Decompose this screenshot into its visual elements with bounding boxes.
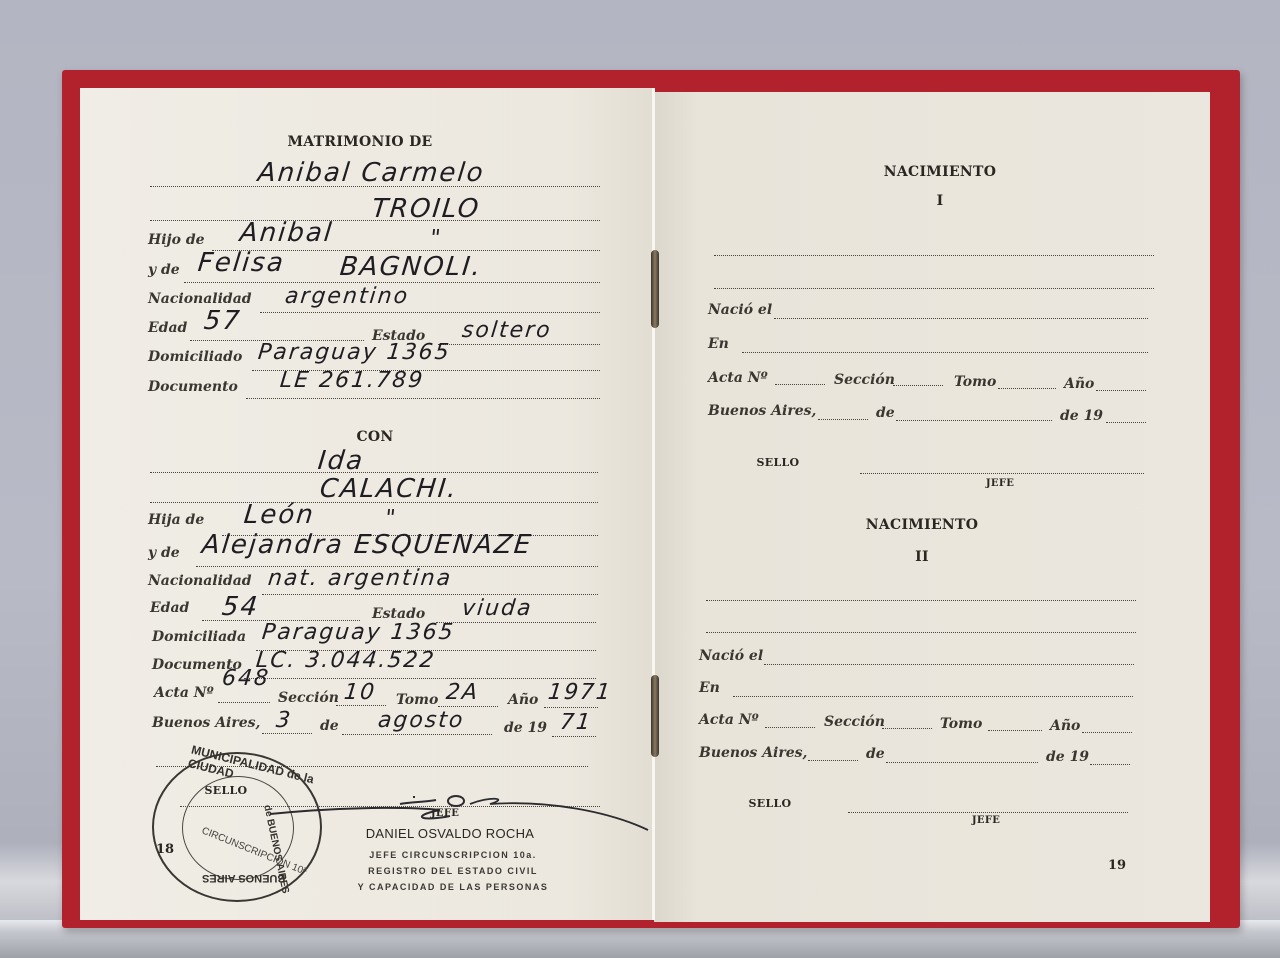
month-value: agosto bbox=[377, 708, 466, 733]
staple-top bbox=[651, 250, 659, 328]
birth2-seccion-label: Sección bbox=[824, 714, 885, 730]
tomo-line bbox=[438, 706, 498, 707]
jefe-label: JEFE bbox=[400, 808, 490, 819]
groom-first-names: Anibal Carmelo bbox=[256, 158, 486, 188]
birth2-month-line bbox=[886, 762, 1038, 763]
bride-nationality-label: Nacionalidad bbox=[148, 573, 252, 589]
birth1-sello-label: SELLO bbox=[740, 456, 816, 469]
birth2-seccion-line bbox=[882, 728, 932, 729]
de-label: de bbox=[320, 718, 339, 734]
groom-nationality-label: Nacionalidad bbox=[148, 291, 252, 307]
groom-age-label: Edad bbox=[148, 320, 187, 336]
day-value: 3 bbox=[275, 708, 294, 733]
year-line bbox=[552, 736, 596, 737]
birth1-month-line bbox=[896, 420, 1052, 421]
birth1-jefe-line bbox=[860, 473, 1144, 474]
anio-value: 1971 bbox=[547, 680, 614, 705]
birth2-born-label: Nació el bbox=[699, 648, 763, 664]
birth2-acta-label: Acta Nº bbox=[699, 712, 759, 728]
groom-address-value: Paraguay 1365 bbox=[257, 340, 452, 365]
bride-address-value: Paraguay 1365 bbox=[261, 620, 456, 645]
bride-document-value: LC. 3.044.522 bbox=[255, 648, 437, 673]
official-title-1: JEFE CIRCUNSCRIPCION 10a. bbox=[340, 850, 566, 860]
birth2-jefe-line bbox=[848, 812, 1128, 813]
page-number-right: 19 bbox=[1108, 858, 1126, 873]
page-number-left: 18 bbox=[156, 842, 174, 857]
birth1-anio-label: Año bbox=[1064, 376, 1094, 392]
official-title-2: REGISTRO DEL ESTADO CIVIL bbox=[340, 866, 566, 876]
birth1-name-line1 bbox=[714, 255, 1154, 256]
birth2-in-label: En bbox=[699, 680, 720, 696]
marriage-title: MATRIMONIO DE bbox=[250, 134, 470, 150]
birth2-anio-line bbox=[1082, 732, 1132, 733]
groom-mother-surname: BAGNOLI. bbox=[338, 252, 483, 282]
groom-nationality-line bbox=[260, 312, 600, 313]
month-line bbox=[342, 734, 492, 735]
seccion-value: 10 bbox=[343, 680, 378, 705]
bride-document-line bbox=[244, 678, 596, 679]
city-label: Buenos Aires, bbox=[152, 715, 260, 731]
birth2-tomo-line bbox=[988, 730, 1042, 731]
birth1-in-line bbox=[742, 352, 1148, 353]
birth2-de-label: de bbox=[866, 746, 885, 762]
birth1-title: NACIMIENTO bbox=[840, 164, 1040, 180]
birth2-title: NACIMIENTO bbox=[822, 517, 1022, 533]
groom-status-line bbox=[438, 344, 600, 345]
groom-nationality-value: argentino bbox=[284, 284, 411, 309]
birth1-numeral: I bbox=[920, 193, 960, 209]
groom-mother-value: Felisa bbox=[196, 248, 286, 278]
acta-label: Acta Nº bbox=[154, 685, 214, 701]
anio-label: Año bbox=[508, 692, 538, 708]
birth1-de-label: de bbox=[876, 405, 895, 421]
groom-status-value: soltero bbox=[461, 318, 553, 343]
bride-age-value: 54 bbox=[220, 592, 260, 622]
staple-bottom bbox=[651, 675, 659, 757]
birth1-day-line bbox=[818, 419, 868, 420]
anio-line bbox=[544, 707, 598, 708]
groom-document-value: LE 261.789 bbox=[279, 368, 426, 393]
birth2-born-line bbox=[764, 664, 1134, 665]
birth1-tomo-line bbox=[998, 388, 1056, 389]
birth1-anio-line bbox=[1096, 390, 1146, 391]
groom-document-line bbox=[246, 398, 600, 399]
birth2-year-label: de 19 bbox=[1046, 749, 1089, 765]
birth2-sello-label: SELLO bbox=[732, 797, 808, 810]
bride-father-label: Hija de bbox=[148, 512, 204, 528]
tomo-value: 2A bbox=[445, 680, 481, 705]
birth1-tomo-label: Tomo bbox=[954, 374, 996, 390]
birth1-jefe-label: JEFE bbox=[970, 478, 1030, 489]
birth2-name-line2 bbox=[706, 632, 1136, 633]
groom-surname: TROILO bbox=[370, 194, 481, 224]
birth1-seccion-line bbox=[893, 385, 943, 386]
birth1-born-line bbox=[774, 318, 1148, 319]
year-suffix-value: 71 bbox=[559, 710, 594, 735]
birth2-numeral: II bbox=[902, 549, 942, 565]
seccion-line bbox=[336, 705, 386, 706]
bride-address-label: Domiciliada bbox=[152, 629, 246, 645]
acta-value: 648 bbox=[221, 666, 272, 691]
birth2-in-line bbox=[733, 696, 1133, 697]
groom-address-label: Domiciliado bbox=[148, 349, 242, 365]
bride-mother-value: Alejandra ESQUENAZE bbox=[200, 530, 534, 560]
birth2-acta-line bbox=[765, 727, 815, 728]
groom-document-label: Documento bbox=[148, 379, 238, 395]
birth2-year-line bbox=[1090, 764, 1130, 765]
birth1-year-line bbox=[1106, 422, 1146, 423]
bride-name-line1 bbox=[150, 472, 598, 473]
tomo-label: Tomo bbox=[396, 692, 438, 708]
groom-father-value: Anibal bbox=[238, 218, 334, 248]
birth1-city-label: Buenos Aires, bbox=[708, 403, 816, 419]
birth1-year-label: de 19 bbox=[1060, 408, 1103, 424]
official-name: DANIEL OSVALDO ROCHA bbox=[340, 826, 560, 841]
birth2-tomo-label: Tomo bbox=[940, 716, 982, 732]
birth1-born-label: Nació el bbox=[708, 302, 772, 318]
bride-father-value: León bbox=[242, 500, 316, 530]
birth1-name-line2 bbox=[714, 288, 1154, 289]
acta-line bbox=[218, 702, 270, 703]
bride-status-line bbox=[436, 622, 596, 623]
groom-mother-line bbox=[184, 282, 600, 283]
bride-age-label: Edad bbox=[150, 600, 189, 616]
day-line bbox=[262, 733, 312, 734]
birth2-jefe-label: JEFE bbox=[956, 815, 1016, 826]
bride-surname: CALACHI. bbox=[318, 474, 459, 504]
birth1-seccion-label: Sección bbox=[834, 372, 895, 388]
birth2-day-line bbox=[808, 760, 858, 761]
bride-status-value: viuda bbox=[461, 596, 534, 621]
year-prefix-label: de 19 bbox=[504, 720, 547, 736]
birth1-acta-line bbox=[775, 384, 825, 385]
seccion-label: Sección bbox=[278, 690, 339, 706]
bride-nationality-line bbox=[262, 594, 598, 595]
birth2-name-line1 bbox=[706, 600, 1136, 601]
groom-mother-label: y de bbox=[148, 262, 180, 278]
page-gutter bbox=[652, 88, 655, 920]
sello-label: SELLO bbox=[196, 784, 256, 797]
birth1-in-label: En bbox=[708, 336, 729, 352]
stamp-ring-bottom: BUENOS AIRES bbox=[202, 872, 285, 884]
bride-nationality-value: nat. argentina bbox=[267, 566, 454, 591]
bride-first-name: Ida bbox=[316, 446, 365, 476]
official-title-3: Y CAPACIDAD DE LAS PERSONAS bbox=[330, 882, 576, 892]
birth2-anio-label: Año bbox=[1050, 718, 1080, 734]
groom-age-value: 57 bbox=[202, 306, 242, 336]
birth2-city-label: Buenos Aires, bbox=[699, 745, 807, 761]
birth1-acta-label: Acta Nº bbox=[708, 370, 768, 386]
groom-father-label: Hijo de bbox=[148, 232, 205, 248]
con-label: CON bbox=[330, 429, 420, 445]
bride-mother-label: y de bbox=[148, 545, 180, 561]
